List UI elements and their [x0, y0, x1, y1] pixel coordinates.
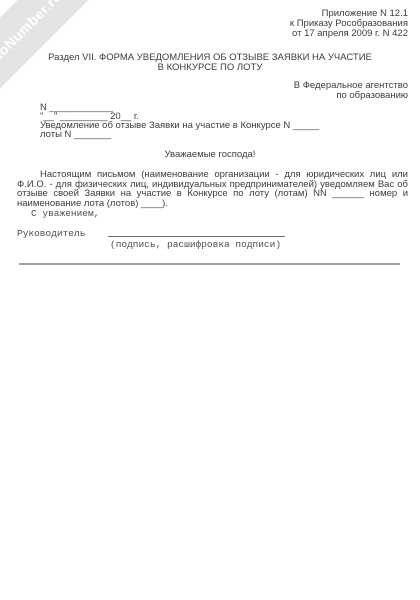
recipient-block: В Федеральное агентство по образованию	[294, 81, 408, 100]
body-paragraph: Настоящим письмом (наименование организа…	[17, 170, 408, 208]
document-title-line-2: В КОНКУРСЕ ПО ЛОТУ	[0, 63, 420, 73]
document-page: NoNumber.ru Приложение N 12.1 к Приказу …	[0, 0, 420, 600]
appendix-block: Приложение N 12.1 к Приказу Рособразован…	[290, 9, 408, 39]
salutation: Уважаемые господа!	[0, 149, 420, 160]
recipient-line-2: по образованию	[294, 91, 408, 101]
lots-number-line: лоты N _______	[40, 130, 319, 139]
form-header-fields: N ____________ "__" _________ 20__ г. Ув…	[40, 103, 319, 139]
signature-line	[108, 236, 285, 237]
appendix-line-3: от 17 апреля 2009 г. N 422	[290, 29, 408, 39]
regards-line: С уважением,	[31, 208, 99, 219]
page-divider	[19, 263, 400, 265]
document-title: Раздел VII. ФОРМА УВЕДОМЛЕНИЯ ОБ ОТЗЫВЕ …	[0, 53, 420, 73]
signature-role: Руководитель	[17, 228, 85, 239]
signature-caption: (подпись, расшифровка подписи)	[110, 239, 281, 250]
